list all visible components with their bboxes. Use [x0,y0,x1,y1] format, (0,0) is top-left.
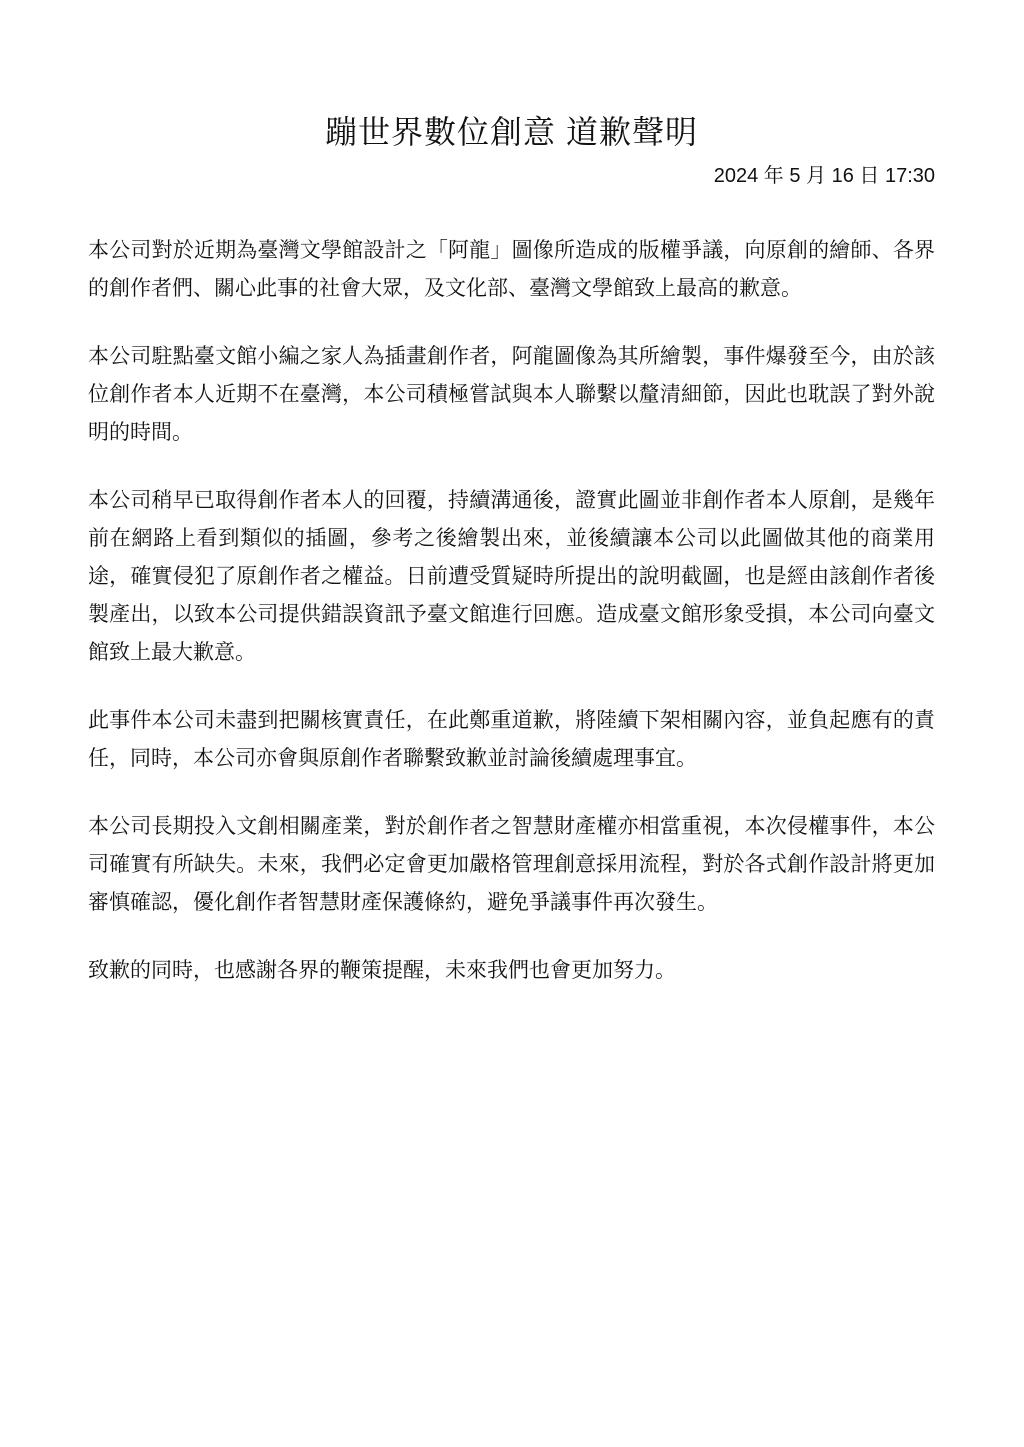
paragraph-investigation-findings: 本公司稍早已取得創作者本人的回覆，持續溝通後，證實此圖並非創作者本人原創，是幾年… [88,482,935,672]
paragraph-responsibility: 此事件本公司未盡到把關核實責任，在此鄭重道歉，將陸續下架相關內容，並負起應有的責… [88,702,935,778]
paragraph-creator-background: 本公司駐點臺文館小編之家人為插畫創作者，阿龍圖像為其所繪製，事件爆發至今，由於該… [88,338,935,452]
paragraph-future-measures: 本公司長期投入文創相關產業，對於創作者之智慧財產權亦相當重視，本次侵權事件，本公… [88,808,935,922]
statement-date: 2024 年 5 月 16 日 17:30 [88,162,935,190]
paragraph-apology-intro: 本公司對於近期為臺灣文學館設計之「阿龍」圖像所造成的版權爭議，向原創的繪師、各界… [88,232,935,308]
apology-statement-page: 蹦世界數位創意 道歉聲明 2024 年 5 月 16 日 17:30 本公司對於… [0,0,1024,1447]
statement-title: 蹦世界數位創意 道歉聲明 [88,112,935,154]
statement-body: 本公司對於近期為臺灣文學館設計之「阿龍」圖像所造成的版權爭議，向原創的繪師、各界… [88,232,935,990]
paragraph-closing-thanks: 致歉的同時，也感謝各界的鞭策提醒，未來我們也會更加努力。 [88,952,935,990]
